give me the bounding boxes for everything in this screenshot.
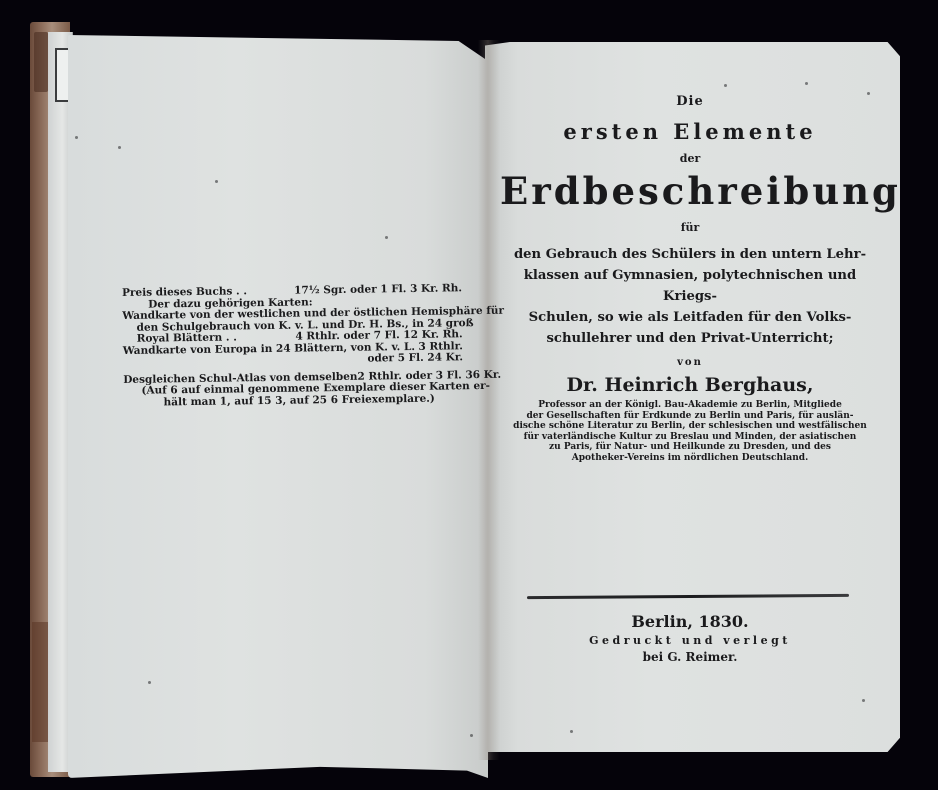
paper-speck xyxy=(385,236,388,239)
paper-speck xyxy=(724,84,727,87)
printed-line: Gedruckt und verlegt xyxy=(520,634,860,647)
title-line-fur: für xyxy=(500,221,880,234)
paper-speck xyxy=(862,699,865,702)
title-line-ersten-elemente: ersten Elemente xyxy=(500,119,880,144)
paper-speck xyxy=(215,180,218,183)
paper-speck xyxy=(805,82,808,85)
paper-speck xyxy=(570,730,573,733)
author-credentials: Professor an der Königl. Bau-Akademie zu… xyxy=(500,400,880,463)
imprint: Berlin, 1830. Gedruckt und verlegt bei G… xyxy=(520,612,860,664)
book-gutter xyxy=(478,40,500,760)
by-line: von xyxy=(500,357,880,368)
paper-speck xyxy=(75,136,78,139)
paper-speck xyxy=(470,734,473,737)
title-line-der: der xyxy=(500,152,880,165)
author-name: Dr. Heinrich Berghaus, xyxy=(500,374,880,396)
title-line-die: Die xyxy=(500,94,880,109)
subtitle-purpose: den Gebrauch des Schülers in den untern … xyxy=(500,244,880,349)
price-list: Preis dieses Buchs . . 17½ Sgr. oder 1 F… xyxy=(122,283,464,409)
place-year: Berlin, 1830. xyxy=(520,612,860,631)
main-title: Erdbeschreibung xyxy=(500,169,880,213)
publisher: bei G. Reimer. xyxy=(520,650,860,664)
paper-speck xyxy=(148,681,151,684)
bookmark-tab xyxy=(55,48,69,102)
title-page: Die ersten Elemente der Erdbeschreibung … xyxy=(500,90,880,463)
paper-speck xyxy=(118,146,121,149)
book-photo: Preis dieses Buchs . . 17½ Sgr. oder 1 F… xyxy=(0,0,938,790)
